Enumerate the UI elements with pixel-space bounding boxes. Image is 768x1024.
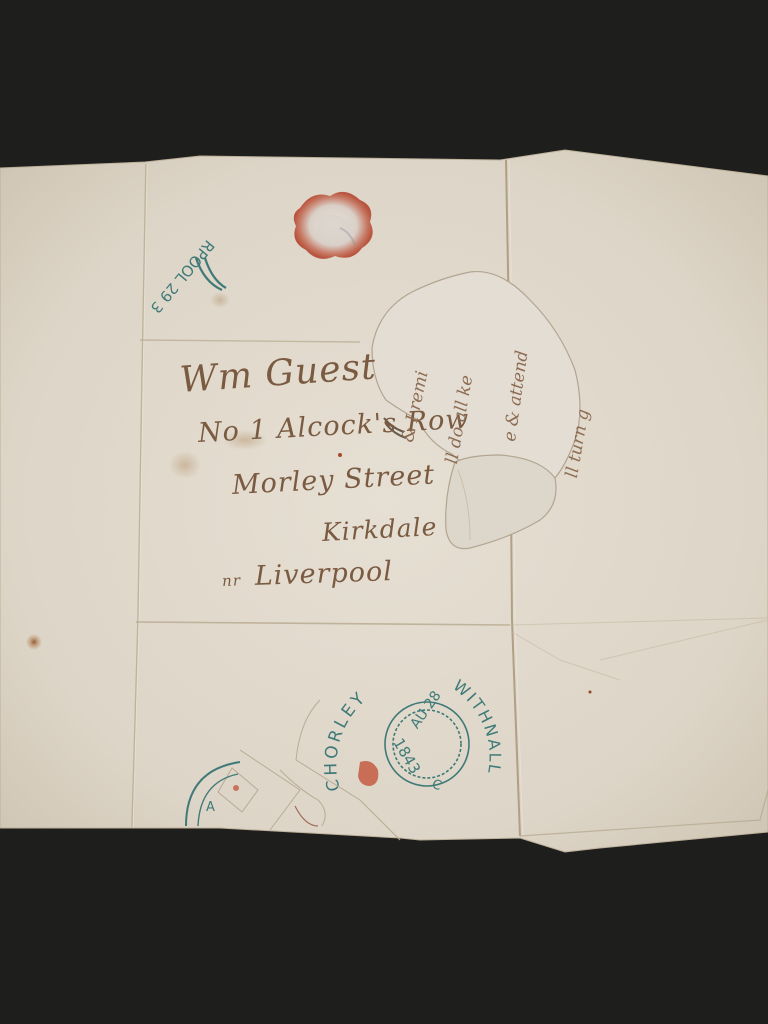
postmark-bottom-left-text: A xyxy=(206,800,215,815)
letter-photo-scene: CHORLEY WITHNALL Wm Guest No 1 Alcock's … xyxy=(0,0,768,1024)
address-near-prefix: nr xyxy=(222,571,241,590)
letter-paper: CHORLEY WITHNALL xyxy=(0,0,768,1024)
address-city: Liverpool xyxy=(254,556,393,592)
address-line-3: Kirkdale xyxy=(321,512,438,547)
address-line-4: nrLiverpool xyxy=(221,556,393,593)
